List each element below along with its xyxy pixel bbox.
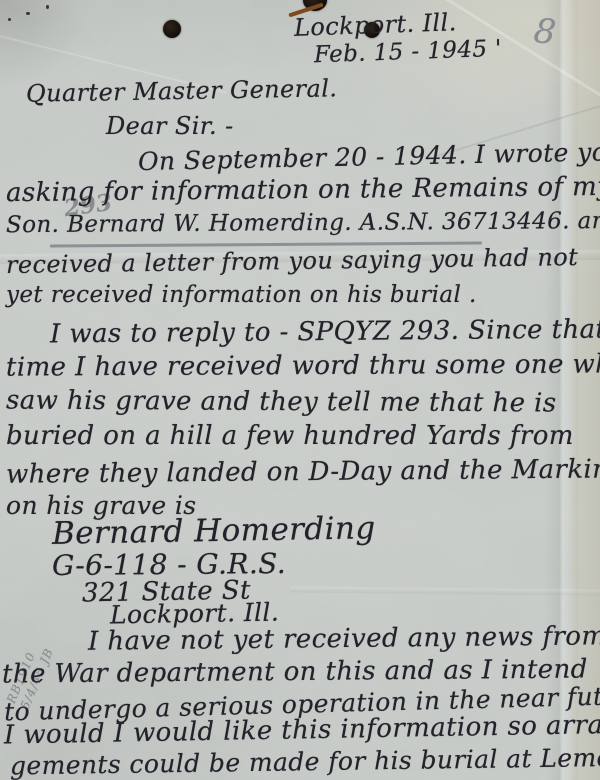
body-line: buried on a hill a few hundred Yards fro… xyxy=(6,422,574,451)
body-line: I was to reply to - SPQYZ 293. Since tha… xyxy=(50,316,600,349)
body-line: asking for information on the Remains of… xyxy=(6,173,600,208)
grave-marking-name-line: Bernard Homerding xyxy=(52,511,376,551)
body-line: saw his grave and they tell me that he i… xyxy=(6,387,557,418)
corner-speck xyxy=(46,5,49,9)
ink-dot-mark xyxy=(163,20,181,38)
body-line: I have not yet received any news from xyxy=(88,622,600,656)
place-line: Lockport. Ill. xyxy=(294,9,457,41)
salutation-line: Dear Sir. - xyxy=(106,113,234,139)
corner-speck xyxy=(8,18,11,21)
body-line: where they landed on D-Day and the Marki… xyxy=(6,455,600,489)
corner-speck xyxy=(26,12,30,15)
body-line: yet received information on his burial . xyxy=(6,283,477,308)
pencil-page-number: 8 xyxy=(532,11,558,53)
body-line: On September 20 - 1944. I wrote you xyxy=(138,138,600,176)
letter-page: 8 293 RB1910 5/4/45 JB Lockport. Ill. Fe… xyxy=(0,0,600,780)
body-line: Son. Bernard W. Homerding. A.S.N. 367134… xyxy=(6,209,600,239)
body-line: received a letter from you saying you ha… xyxy=(6,244,578,278)
date-line: Feb. 15 - 1945 ' xyxy=(314,37,503,69)
recipient-line: Quarter Master General. xyxy=(26,75,338,107)
body-line: time I have received word thru some one … xyxy=(6,350,600,382)
paper-crease xyxy=(290,586,600,595)
body-line: gements could be made for his burial at … xyxy=(10,744,600,780)
